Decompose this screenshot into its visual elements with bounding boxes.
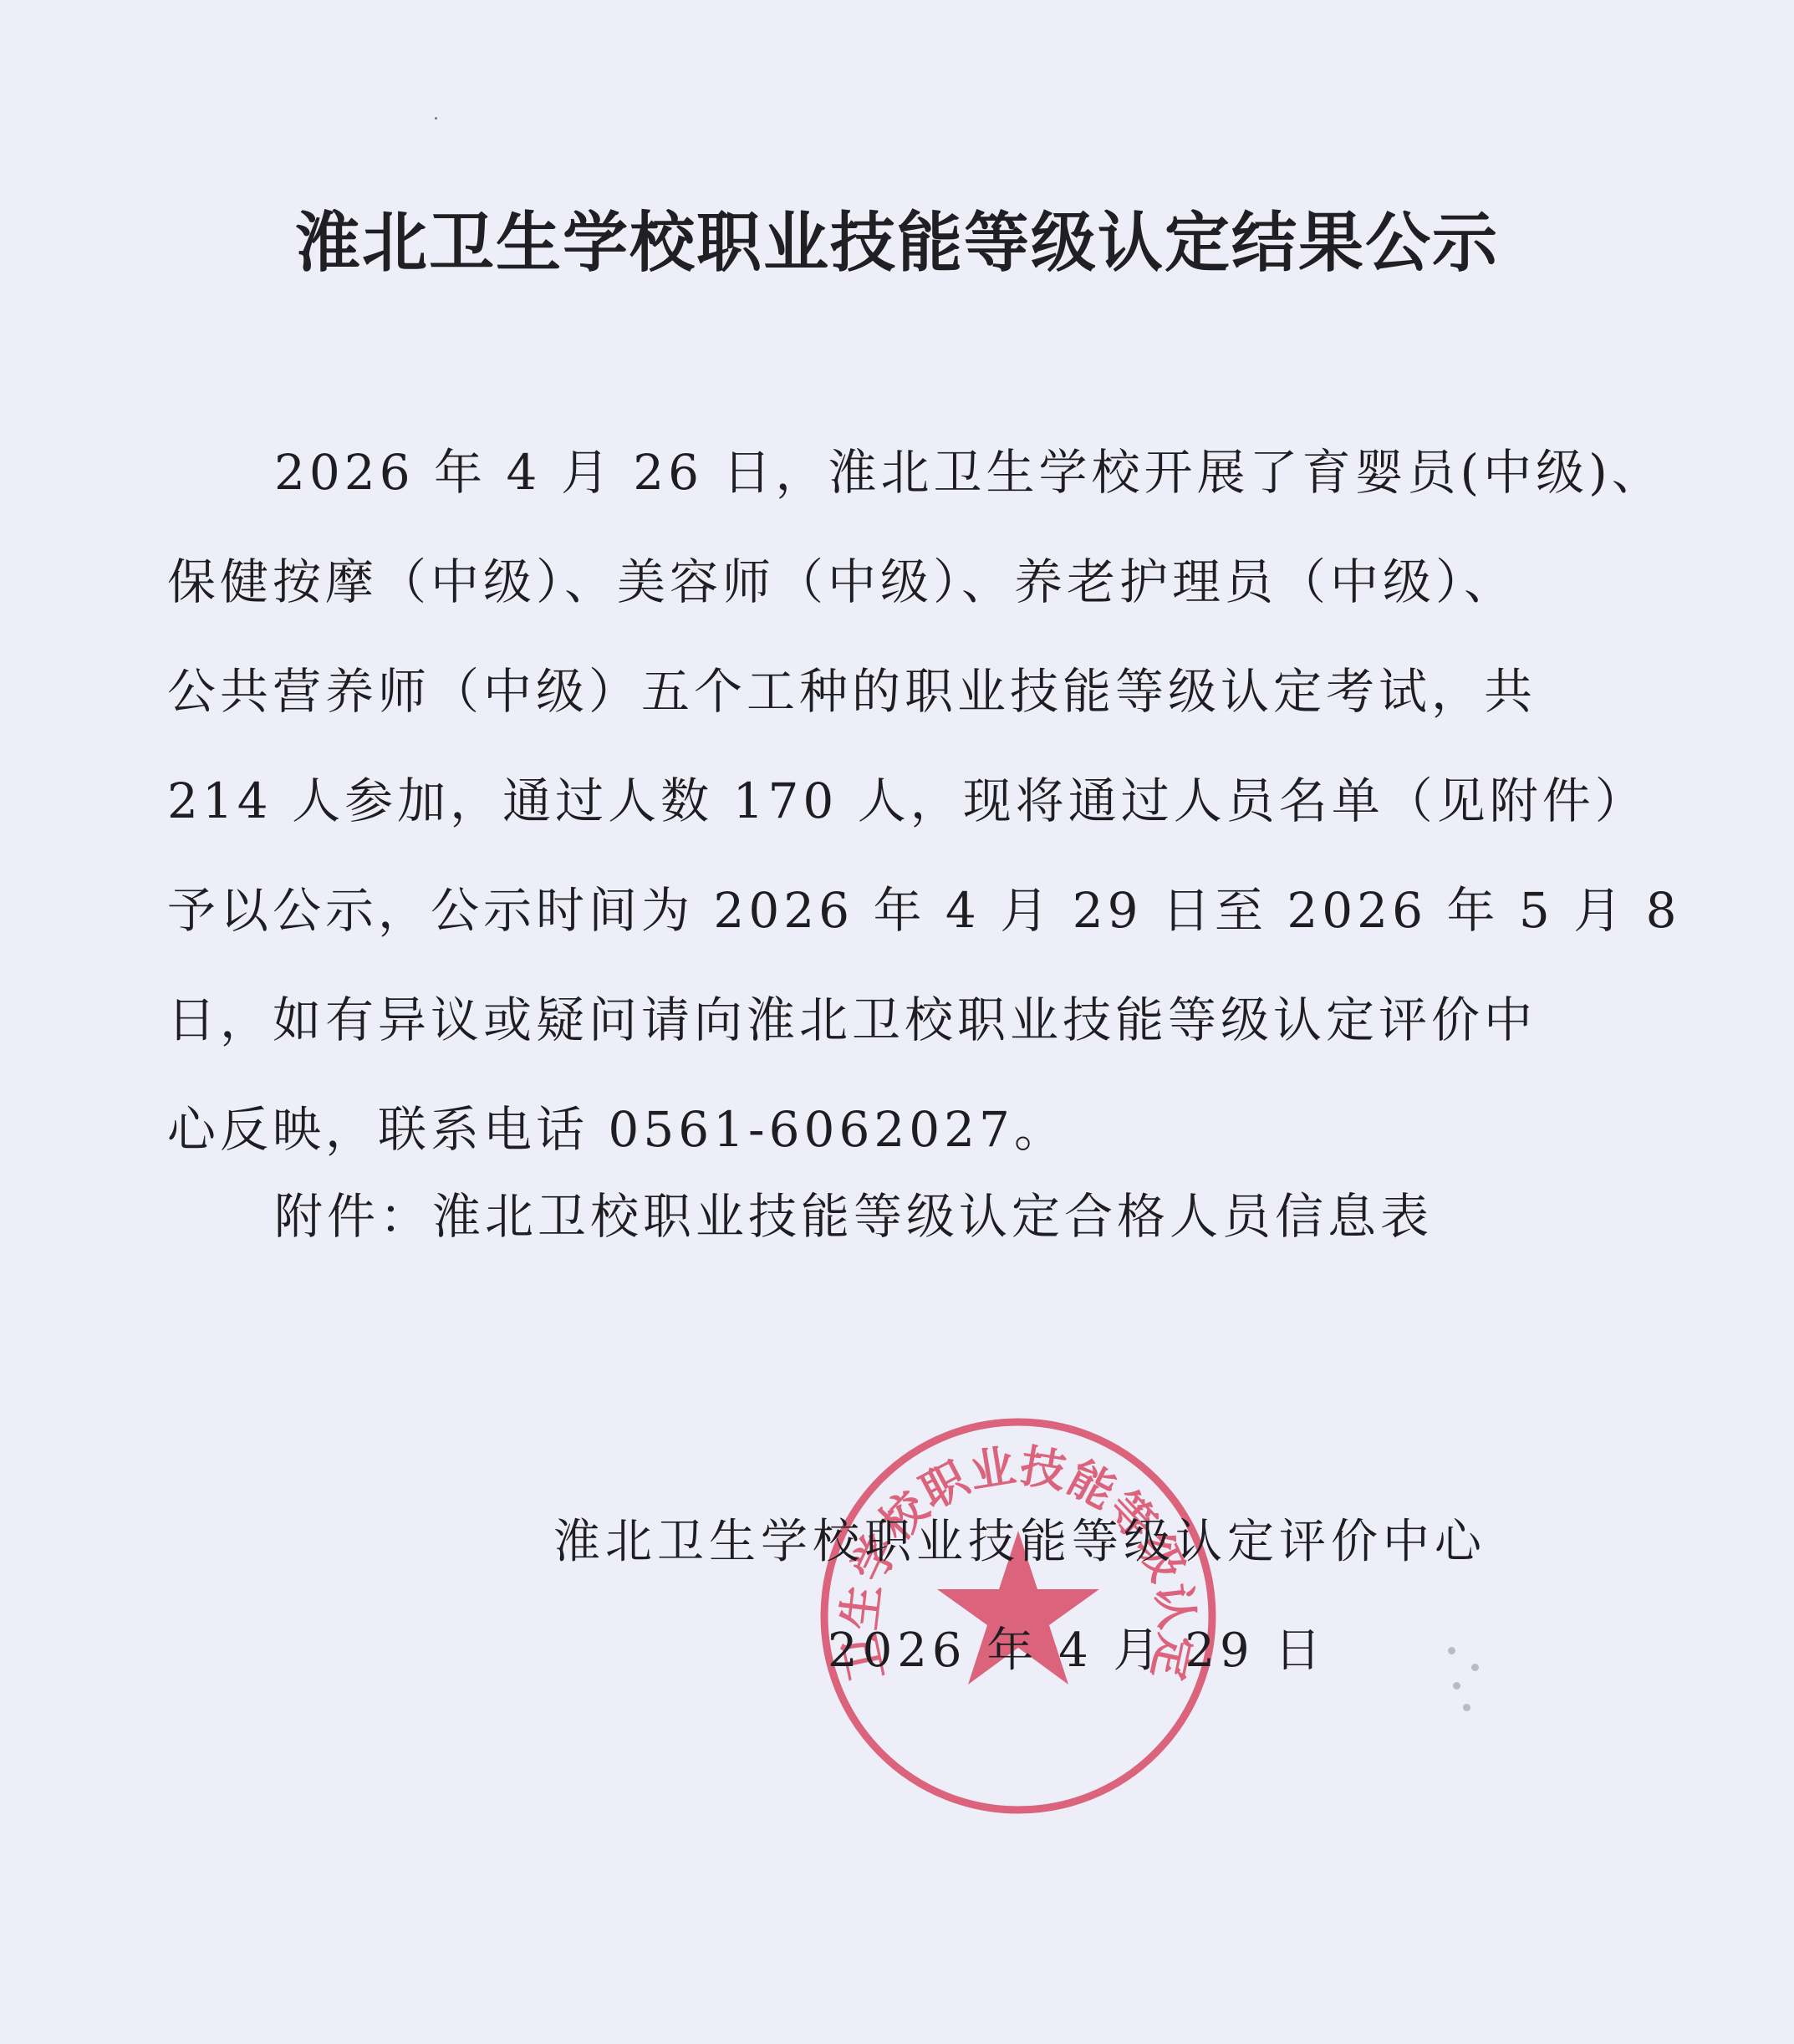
document-body: 2026 年 4 月 26 日，淮北卫生学校开展了育婴员(中级)、 保健按摩（中… [167, 418, 1622, 1185]
attachment-note: 附件：淮北卫校职业技能等级认定合格人员信息表 [274, 1177, 1433, 1247]
body-line: 保健按摩（中级）、美容师（中级）、养老护理员（中级）、 [167, 528, 1622, 637]
body-line: 予以公示，公示时间为 2026 年 4 月 29 日至 2026 年 5 月 8 [167, 856, 1622, 966]
body-line: 214 人参加，通过人数 170 人，现将通过人员名单（见附件） [167, 747, 1622, 856]
document-title: 淮北卫生学校职业技能等级认定结果公示 [0, 191, 1794, 284]
scan-speck [435, 117, 437, 120]
body-line: 日，如有异议或疑问请向淮北卫校职业技能等级认定评价中 [167, 966, 1622, 1075]
signature-organization: 淮北卫生学校职业技能等级认定评价中心 [553, 1505, 1486, 1572]
body-line: 2026 年 4 月 26 日，淮北卫生学校开展了育婴员(中级)、 [167, 418, 1622, 528]
body-line: 心反映，联系电话 0561-6062027。 [167, 1075, 1622, 1185]
scan-specks [1438, 1639, 1488, 1739]
body-line: 公共营养师（中级）五个工种的职业技能等级认定考试，共 [167, 637, 1622, 747]
document-page: 淮北卫生学校职业技能等级认定结果公示 2026 年 4 月 26 日，淮北卫生学… [0, 0, 1794, 2044]
signature-date: 2026 年 4 月 29 日 [828, 1613, 1326, 1680]
